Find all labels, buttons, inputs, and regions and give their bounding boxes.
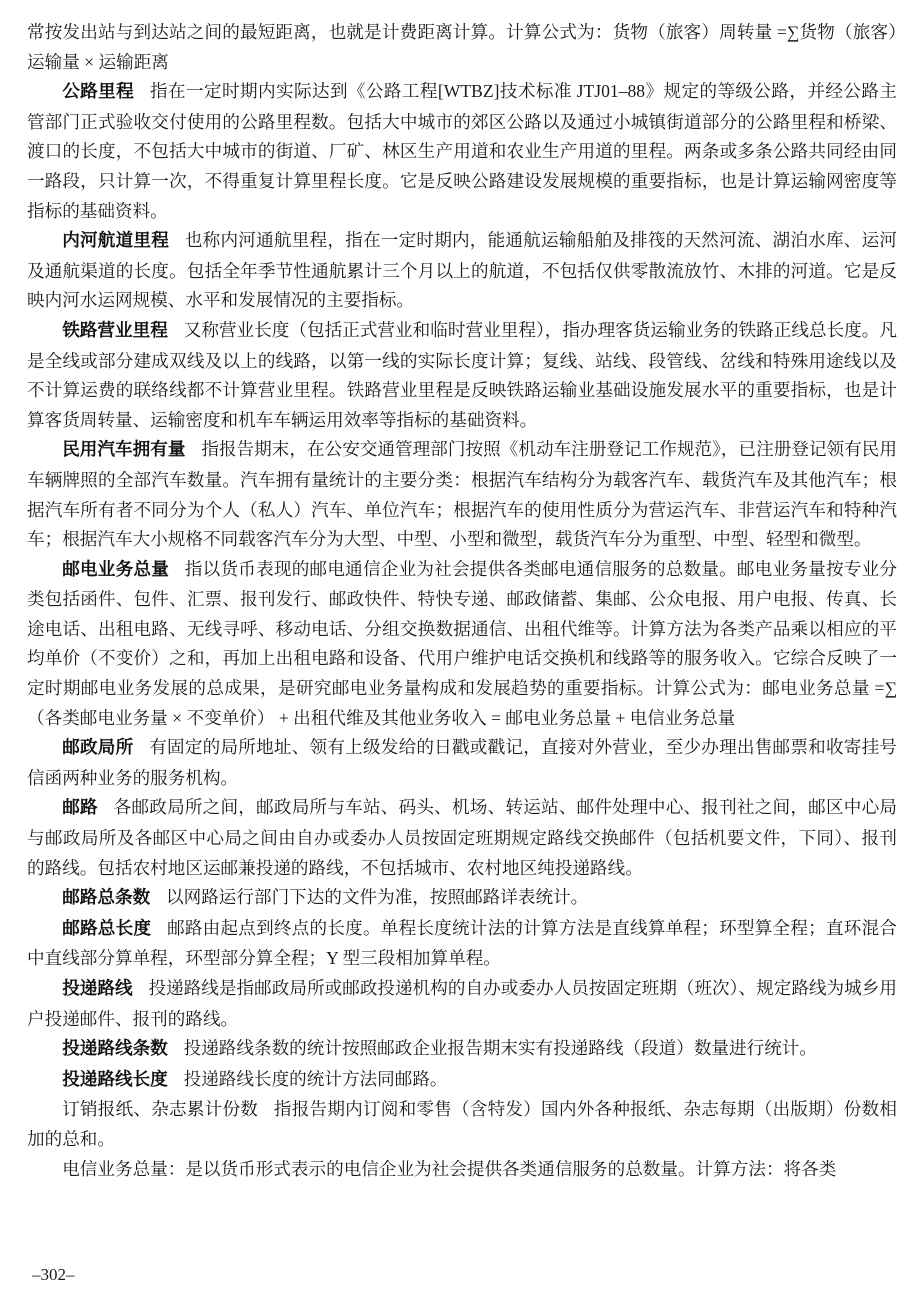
- paragraph-text: 各邮政局所之间，邮政局所与车站、码头、机场、转运站、邮件处理中心、报刊社之间，邮…: [27, 797, 897, 877]
- paragraph-text: 指在一定时期内实际达到《公路工程[WTBZ]技术标准 JTJ01–88》规定的等…: [27, 81, 897, 220]
- paragraph-civil-vehicles: 民用汽车拥有量指报告期末，在公安交通管理部门按照《机动车注册登记工作规范》，已注…: [27, 435, 897, 554]
- paragraph-text: 邮路由起点到终点的长度。单程长度统计法的计算方法是直线算单程；环型算全程；直环混…: [27, 918, 897, 969]
- paragraph-text: 投递路线条数的统计按照邮政企业报告期末实有投递路线（段道）数量进行统计。: [184, 1038, 817, 1058]
- term-heading: 邮路总条数: [62, 888, 150, 908]
- paragraph-text: 投递路线是指邮政局所或邮政投递机构的自办或委办人员按固定班期（班次）、规定路线为…: [27, 978, 897, 1029]
- term-heading: 邮路: [62, 798, 98, 818]
- document-body: 常按发出站与到达站之间的最短距离，也就是计费距离计算。计算公式为：货物（旅客）周…: [27, 18, 897, 1184]
- paragraph-telecom-volume: 电信业务总量：是以货币形式表示的电信企业为社会提供各类通信服务的总数量。计算方法…: [27, 1155, 897, 1185]
- paragraph-delivery-routes: 投递路线投递路线是指邮政局所或邮政投递机构的自办或委办人员按固定班期（班次）、规…: [27, 974, 897, 1034]
- paragraph-delivery-route-length: 投递路线长度投递路线长度的统计方法同邮路。: [27, 1065, 897, 1096]
- term-heading: 邮电业务总量: [62, 560, 169, 580]
- paragraph-text: 指以货币表现的邮电通信企业为社会提供各类邮电通信服务的总数量。邮电业务量按专业分…: [27, 559, 897, 728]
- paragraph-text: 投递路线长度的统计方法同邮路。: [184, 1069, 448, 1089]
- paragraph-postal-route-count: 邮路总条数以网路运行部门下达的文件为准，按照邮路详表统计。: [27, 883, 897, 914]
- paragraph-post-telecom-volume: 邮电业务总量指以货币表现的邮电通信企业为社会提供各类邮电通信服务的总数量。邮电业…: [27, 555, 897, 734]
- paragraph-highway-mileage: 公路里程指在一定时期内实际达到《公路工程[WTBZ]技术标准 JTJ01–88》…: [27, 77, 897, 226]
- paragraph-freight-turnover-formula: 常按发出站与到达站之间的最短距离，也就是计费距离计算。计算公式为：货物（旅客）周…: [27, 18, 897, 77]
- term-heading: 铁路营业里程: [62, 321, 168, 341]
- paragraph-text: 以网路运行部门下达的文件为准，按照邮路详表统计。: [166, 887, 588, 907]
- paragraph-inland-waterway-mileage: 内河航道里程也称内河通航里程，指在一定时期内，能通航运输船舶及排筏的天然河流、湖…: [27, 226, 897, 316]
- paragraph-text: 常按发出站与到达站之间的最短距离，也就是计费距离计算。计算公式为：货物（旅客）周…: [27, 22, 897, 72]
- paragraph-post-offices: 邮政局所有固定的局所地址、领有上级发给的日戳或戳记，直接对外营业，至少办理出售邮…: [27, 733, 897, 793]
- paragraph-text: 有固定的局所地址、领有上级发给的日戳或戳记，直接对外营业，至少办理出售邮票和收寄…: [27, 737, 897, 788]
- term-heading: 邮路总长度: [62, 919, 151, 939]
- term-heading: 邮政局所: [62, 738, 133, 758]
- term-heading: 投递路线: [62, 979, 132, 999]
- term-heading: 内河航道里程: [62, 231, 169, 251]
- page-number: –302–: [32, 1265, 75, 1285]
- term-heading: 投递路线长度: [62, 1070, 168, 1090]
- paragraph-postal-route-length: 邮路总长度邮路由起点到终点的长度。单程长度统计法的计算方法是直线算单程；环型算全…: [27, 914, 897, 974]
- term-heading: 公路里程: [62, 82, 134, 102]
- paragraph-railway-mileage: 铁路营业里程又称营业长度（包括正式营业和临时营业里程），指办理客货运输业务的铁路…: [27, 316, 897, 435]
- paragraph-newspaper-subscriptions: 订销报纸、杂志累计份数指报告期内订阅和零售（含特发）国内外各种报纸、杂志每期（出…: [27, 1095, 897, 1154]
- paragraph-postal-routes: 邮路各邮政局所之间，邮政局所与车站、码头、机场、转运站、邮件处理中心、报刊社之间…: [27, 793, 897, 883]
- paragraph-text: 电信业务总量：是以货币形式表示的电信企业为社会提供各类通信服务的总数量。计算方法…: [62, 1159, 836, 1179]
- paragraph-delivery-route-count: 投递路线条数投递路线条数的统计按照邮政企业报告期末实有投递路线（段道）数量进行统…: [27, 1034, 897, 1065]
- term-heading: 订销报纸、杂志累计份数: [62, 1099, 258, 1119]
- term-heading: 民用汽车拥有量: [62, 440, 185, 460]
- term-heading: 投递路线条数: [62, 1039, 168, 1059]
